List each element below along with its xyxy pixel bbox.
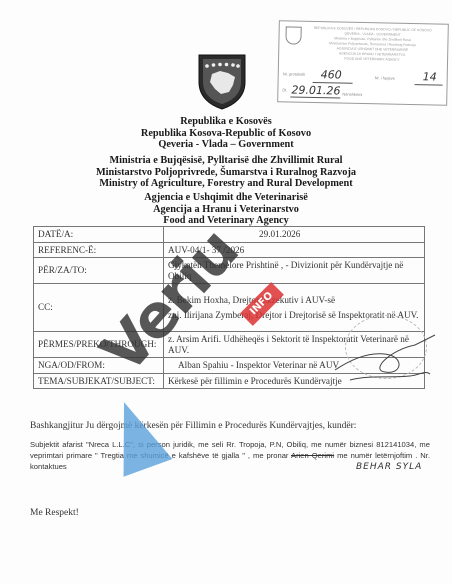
stamp-protocol-number: 460 xyxy=(321,68,342,81)
header-line: Ministria e Bujqësisë, Pylltarisë dhe Zh… xyxy=(0,155,452,167)
stamp-pages-value: 14 xyxy=(423,70,437,83)
stamp-emblem-icon xyxy=(285,26,301,44)
signature-scribble-icon xyxy=(330,330,440,390)
handwritten-owner-name: BEHAR SYLA xyxy=(356,462,422,472)
header-line: Ministry of Agriculture, Forestry and Ru… xyxy=(0,178,452,190)
header-line: Agencija a Hranu i Veterinarstvo xyxy=(0,204,452,216)
stamp-date-value: 29.01.26 xyxy=(291,84,340,98)
header-line: Ministarstvo Poljoprivrede, Šumarstva i … xyxy=(0,167,452,179)
reference-label: REFERENC-Ë: xyxy=(34,242,164,258)
kosovo-coat-of-arms-icon xyxy=(196,52,248,110)
stamp-header-text: REPUBLIKA E KOSOVËS / REPUBLIKA KOSOVO /… xyxy=(303,26,442,64)
stamp-underline xyxy=(415,84,443,86)
registry-stamp: REPUBLIKA E KOSOVËS / REPUBLIKA KOSOVO /… xyxy=(277,20,449,106)
table-row: DATË/A: 29.01.2026 xyxy=(34,227,425,243)
intro-paragraph: Bashkangjitur Ju dërgojmë kërkesën për F… xyxy=(30,421,356,431)
header-line: Qeveria - Vlada – Government xyxy=(0,139,452,151)
stamp-date-label: Dt. xyxy=(282,87,287,92)
stamp-protocol-label: Nr. protokolli xyxy=(283,71,305,76)
date-label: DATË/A: xyxy=(34,227,164,243)
header-line: Agjencia e Ushqimit dhe Veterinarisë xyxy=(0,192,452,204)
header-republic: Republika e Kosovës Republika Kosova-Rep… xyxy=(0,116,452,151)
struck-owner-name: Arien Qerimi xyxy=(291,451,334,460)
stamp-pages-label: Nr. i faqeve xyxy=(375,75,395,80)
closing-text: Me Respekt! xyxy=(30,508,79,518)
header-line: Republika Kosova-Republic of Kosovo xyxy=(0,128,452,140)
stamp-signature-label: Nënshkrimi xyxy=(342,92,362,97)
header-line: Republika e Kosovës xyxy=(0,116,452,128)
header-agency: Agjencia e Ushqimit dhe Veterinarisë Age… xyxy=(0,192,452,227)
header-ministry: Ministria e Bujqësisë, Pylltarisë dhe Zh… xyxy=(0,155,452,190)
